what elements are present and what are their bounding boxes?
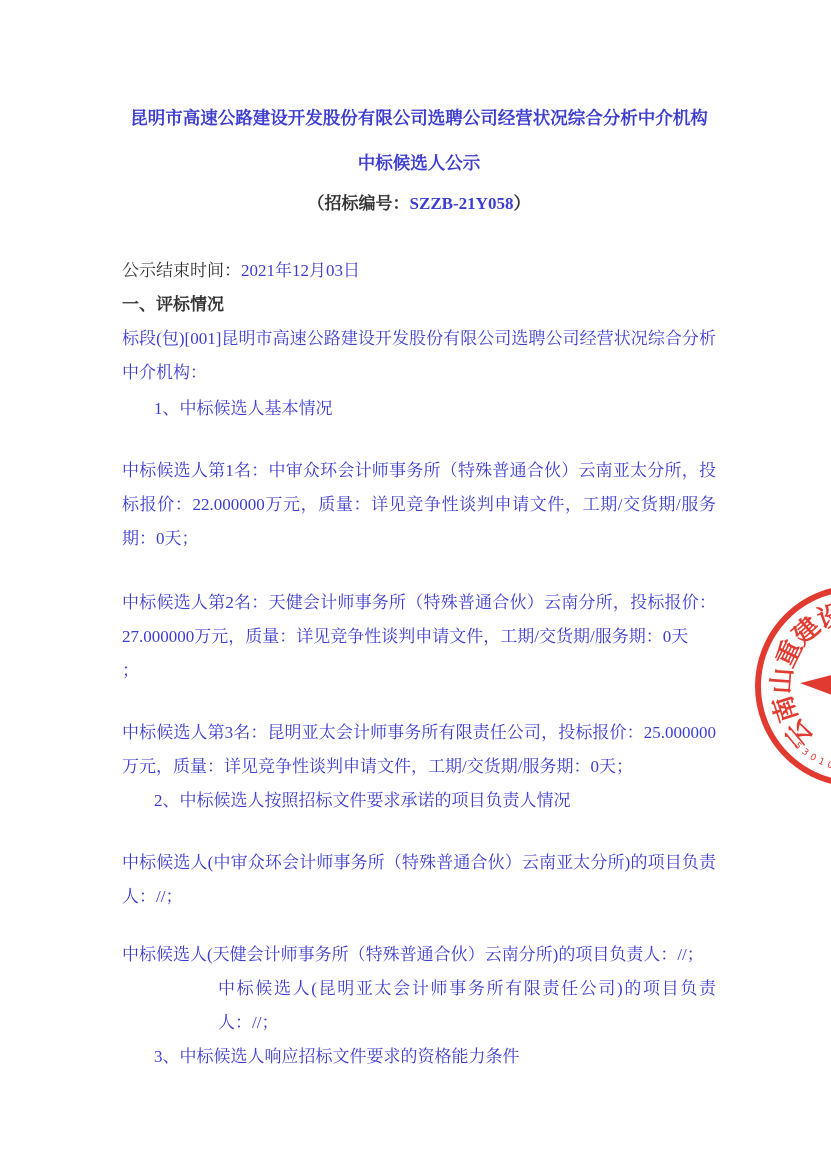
text-run: （招标编号： [308,194,410,213]
document-body: 昆明市高速公路建设开发股份有限公司选聘公司经营状况综合分析中介机构中标候选人公示… [122,96,716,1074]
text-run: 昆明市高速公路建设开发股份有限公司选聘公司经营状况综合分析中介机构中标候选人公示 [130,108,708,173]
candidate-2-semicolon: ； [122,654,716,688]
company-seal-stamp: 云南山重建设工程5301060 [751,581,831,793]
text-run: 中标候选人第3名：昆明亚太会计师事务所有限责任公司，投标报价：25.000000… [122,723,716,776]
text-run: 中标候选人第1名：中审众环会计师事务所（特殊普通合伙）云南亚太分所，投标报价：2… [122,461,716,548]
text-run: 3、中标候选人响应招标文件要求的资格能力条件 [154,1047,520,1066]
page-title: 昆明市高速公路建设开发股份有限公司选聘公司经营状况综合分析中介机构中标候选人公示 [122,96,716,186]
manager-candidate-2-paragraph: 中标候选人(天健会计师事务所（特殊普通合伙）云南分所)的项目负责人：//； [122,938,716,972]
text-run: 中标候选人(昆明亚太会计师事务所有限责任公司)的项目负责人：//； [218,979,716,1032]
seal-star-icon [800,632,831,738]
seal-arc-character: 重 [771,636,808,672]
text-run: 公示结束时间： [122,261,241,280]
candidate-1-paragraph: 中标候选人第1名：中审众环会计师事务所（特殊普通合伙）云南亚太分所，投标报价：2… [122,454,716,556]
text-run: 标段(包)[001]昆明市高速公路建设开发股份有限公司选聘公司经营状况综合分析中… [122,329,716,382]
text-run: 2021年12月03日 [241,261,360,280]
seal-arc-character: 南 [768,692,804,726]
seal-arc-character: 建 [787,612,826,651]
text-run: 中标候选人(中审众环会计师事务所（特殊普通合伙）云南亚太分所)的项目负责人：//… [122,853,716,906]
candidate-3-paragraph: 中标候选人第3名：昆明亚太会计师事务所有限责任公司，投标报价：25.000000… [122,716,716,784]
text-run: ） [513,194,530,213]
publicity-end-time-line: 公示结束时间：2021年12月03日 [122,254,716,288]
tender-number-line: （招标编号：SZZB-21Y058） [122,186,716,222]
list-item-2: 2、中标候选人按照招标文件要求承诺的项目负责人情况 [122,784,716,818]
text-run: 1、中标候选人基本情况 [154,399,333,418]
seal-arc-character: 设 [813,598,831,634]
seal-arc-character: 云 [780,714,819,753]
document-page: 昆明市高速公路建设开发股份有限公司选聘公司经营状况综合分析中介机构中标候选人公示… [0,0,831,1175]
text-run: ； [122,661,139,680]
seal-arc-character: 山 [767,667,798,695]
text-run: 一、评标情况 [122,295,224,314]
manager-candidate-1-paragraph: 中标候选人(中审众环会计师事务所（特殊普通合伙）云南亚太分所)的项目负责人：//… [122,846,716,914]
seal-code-digit: 0 [826,760,831,771]
text-run: SZZB-21Y058 [410,194,514,213]
manager-candidate-3-paragraph: 中标候选人(昆明亚太会计师事务所有限责任公司)的项目负责人：//； [122,972,716,1040]
text-run: 2、中标候选人按照招标文件要求承诺的项目负责人情况 [154,791,571,810]
candidate-2-paragraph: 中标候选人第2名：天健会计师事务所（特殊普通合伙）云南分所，投标报价：27.00… [122,586,716,654]
bid-section-line: 标段(包)[001]昆明市高速公路建设开发股份有限公司选聘公司经营状况综合分析中… [122,322,716,390]
text-run: 中标候选人第2名：天健会计师事务所（特殊普通合伙）云南分所，投标报价：27.00… [122,593,716,646]
section-heading-evaluation: 一、评标情况 [122,288,716,322]
seal-code-digit: 1 [816,757,825,768]
text-run: 中标候选人(天健会计师事务所（特殊普通合伙）云南分所)的项目负责人：//； [122,945,704,964]
list-item-3: 3、中标候选人响应招标文件要求的资格能力条件 [122,1040,716,1074]
seal-code-digit: 5 [792,741,803,752]
seal-code-digit: 0 [808,752,818,764]
list-item-1: 1、中标候选人基本情况 [122,392,716,426]
seal-code-digit: 3 [800,747,811,758]
